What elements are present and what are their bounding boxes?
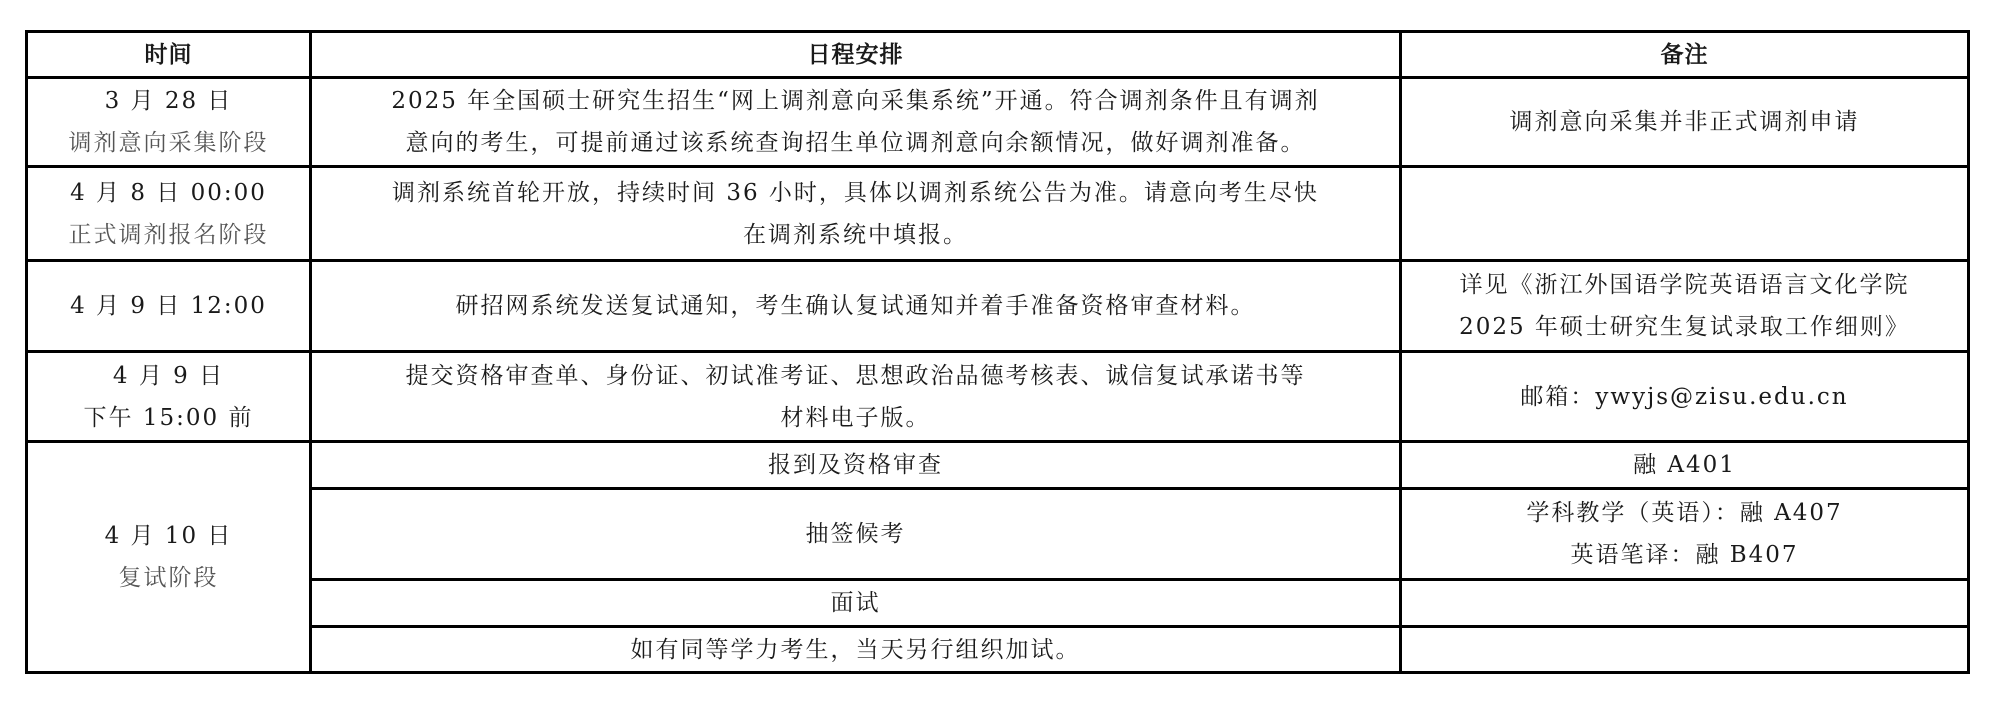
time-cell: 4 月 9 日 下午 15:00 前	[27, 352, 311, 442]
stage-label: 复试阶段	[38, 557, 299, 599]
schedule-cell: 提交资格审查单、身份证、初试准考证、思想政治品德考核表、诚信复试承诺书等 材料电…	[311, 352, 1401, 442]
time-date: 4 月 9 日 12:00	[38, 285, 299, 327]
schedule-cell: 抽签候考	[311, 489, 1401, 580]
schedule-text: 面试	[322, 582, 1389, 624]
time-deadline: 下午 15:00 前	[38, 397, 299, 439]
email-text: 邮箱：ywyjs@zisu.edu.cn	[1412, 376, 1957, 418]
table-row: 面试	[27, 580, 1969, 627]
table-row: 4 月 9 日 12:00 研招网系统发送复试通知，考生确认复试通知并着手准备资…	[27, 261, 1969, 352]
time-date: 3 月 28 日	[38, 80, 299, 122]
notes-cell: 调剂意向采集并非正式调剂申请	[1401, 78, 1969, 167]
table-row: 如有同等学力考生，当天另行组织加试。	[27, 627, 1969, 673]
table-row: 3 月 28 日 调剂意向采集阶段 2025 年全国硕士研究生招生“网上调剂意向…	[27, 78, 1969, 167]
time-cell: 4 月 8 日 00:00 正式调剂报名阶段	[27, 167, 311, 261]
notes-cell	[1401, 580, 1969, 627]
header-row: 时间 日程安排 备注	[27, 32, 1969, 78]
schedule-cell: 如有同等学力考生，当天另行组织加试。	[311, 627, 1401, 673]
header-schedule: 日程安排	[311, 32, 1401, 78]
schedule-table: 时间 日程安排 备注 3 月 28 日 调剂意向采集阶段 2025 年全国硕士研…	[25, 30, 1970, 674]
schedule-cell: 2025 年全国硕士研究生招生“网上调剂意向采集系统”开通。符合调剂条件且有调剂…	[311, 78, 1401, 167]
notes-cell: 详见《浙江外国语学院英语语言文化学院 2025 年硕士研究生复试录取工作细则》	[1401, 261, 1969, 352]
notes-text: 详见《浙江外国语学院英语语言文化学院	[1412, 264, 1957, 306]
table-row: 抽签候考 学科教学（英语）：融 A407 英语笔译：融 B407	[27, 489, 1969, 580]
stage-label: 正式调剂报名阶段	[38, 214, 299, 256]
schedule-cell: 报到及资格审查	[311, 442, 1401, 489]
schedule-cell: 面试	[311, 580, 1401, 627]
time-date: 4 月 10 日	[38, 515, 299, 557]
header-notes: 备注	[1401, 32, 1969, 78]
notes-cell: 融 A401	[1401, 442, 1969, 489]
schedule-text: 如有同等学力考生，当天另行组织加试。	[322, 629, 1389, 671]
schedule-cell: 研招网系统发送复试通知，考生确认复试通知并着手准备资格审查材料。	[311, 261, 1401, 352]
schedule-text: 2025 年全国硕士研究生招生“网上调剂意向采集系统”开通。符合调剂条件且有调剂	[322, 80, 1389, 122]
room-text: 英语笔译：融 B407	[1412, 534, 1957, 576]
time-date: 4 月 9 日	[38, 355, 299, 397]
schedule-cell: 调剂系统首轮开放，持续时间 36 小时，具体以调剂系统公告为准。请意向考生尽快 …	[311, 167, 1401, 261]
schedule-text: 抽签候考	[322, 513, 1389, 555]
schedule-text: 意向的考生，可提前通过该系统查询招生单位调剂意向余额情况，做好调剂准备。	[322, 122, 1389, 164]
table-row: 4 月 10 日 复试阶段 报到及资格审查 融 A401	[27, 442, 1969, 489]
time-cell: 4 月 10 日 复试阶段	[27, 442, 311, 673]
table-row: 4 月 9 日 下午 15:00 前 提交资格审查单、身份证、初试准考证、思想政…	[27, 352, 1969, 442]
time-date: 4 月 8 日 00:00	[38, 172, 299, 214]
room-text: 融 A401	[1412, 444, 1957, 486]
schedule-text: 在调剂系统中填报。	[322, 214, 1389, 256]
room-text: 学科教学（英语）：融 A407	[1412, 492, 1957, 534]
schedule-text: 材料电子版。	[322, 397, 1389, 439]
schedule-text: 报到及资格审查	[322, 444, 1389, 486]
stage-label: 调剂意向采集阶段	[38, 122, 299, 164]
table-row: 4 月 8 日 00:00 正式调剂报名阶段 调剂系统首轮开放，持续时间 36 …	[27, 167, 1969, 261]
schedule-text: 研招网系统发送复试通知，考生确认复试通知并着手准备资格审查材料。	[322, 285, 1389, 327]
notes-text: 2025 年硕士研究生复试录取工作细则》	[1412, 306, 1957, 348]
notes-cell	[1401, 627, 1969, 673]
schedule-text: 调剂系统首轮开放，持续时间 36 小时，具体以调剂系统公告为准。请意向考生尽快	[322, 172, 1389, 214]
time-cell: 4 月 9 日 12:00	[27, 261, 311, 352]
header-time: 时间	[27, 32, 311, 78]
notes-cell: 学科教学（英语）：融 A407 英语笔译：融 B407	[1401, 489, 1969, 580]
notes-cell	[1401, 167, 1969, 261]
schedule-text: 提交资格审查单、身份证、初试准考证、思想政治品德考核表、诚信复试承诺书等	[322, 355, 1389, 397]
notes-text: 调剂意向采集并非正式调剂申请	[1412, 101, 1957, 143]
time-cell: 3 月 28 日 调剂意向采集阶段	[27, 78, 311, 167]
notes-cell: 邮箱：ywyjs@zisu.edu.cn	[1401, 352, 1969, 442]
